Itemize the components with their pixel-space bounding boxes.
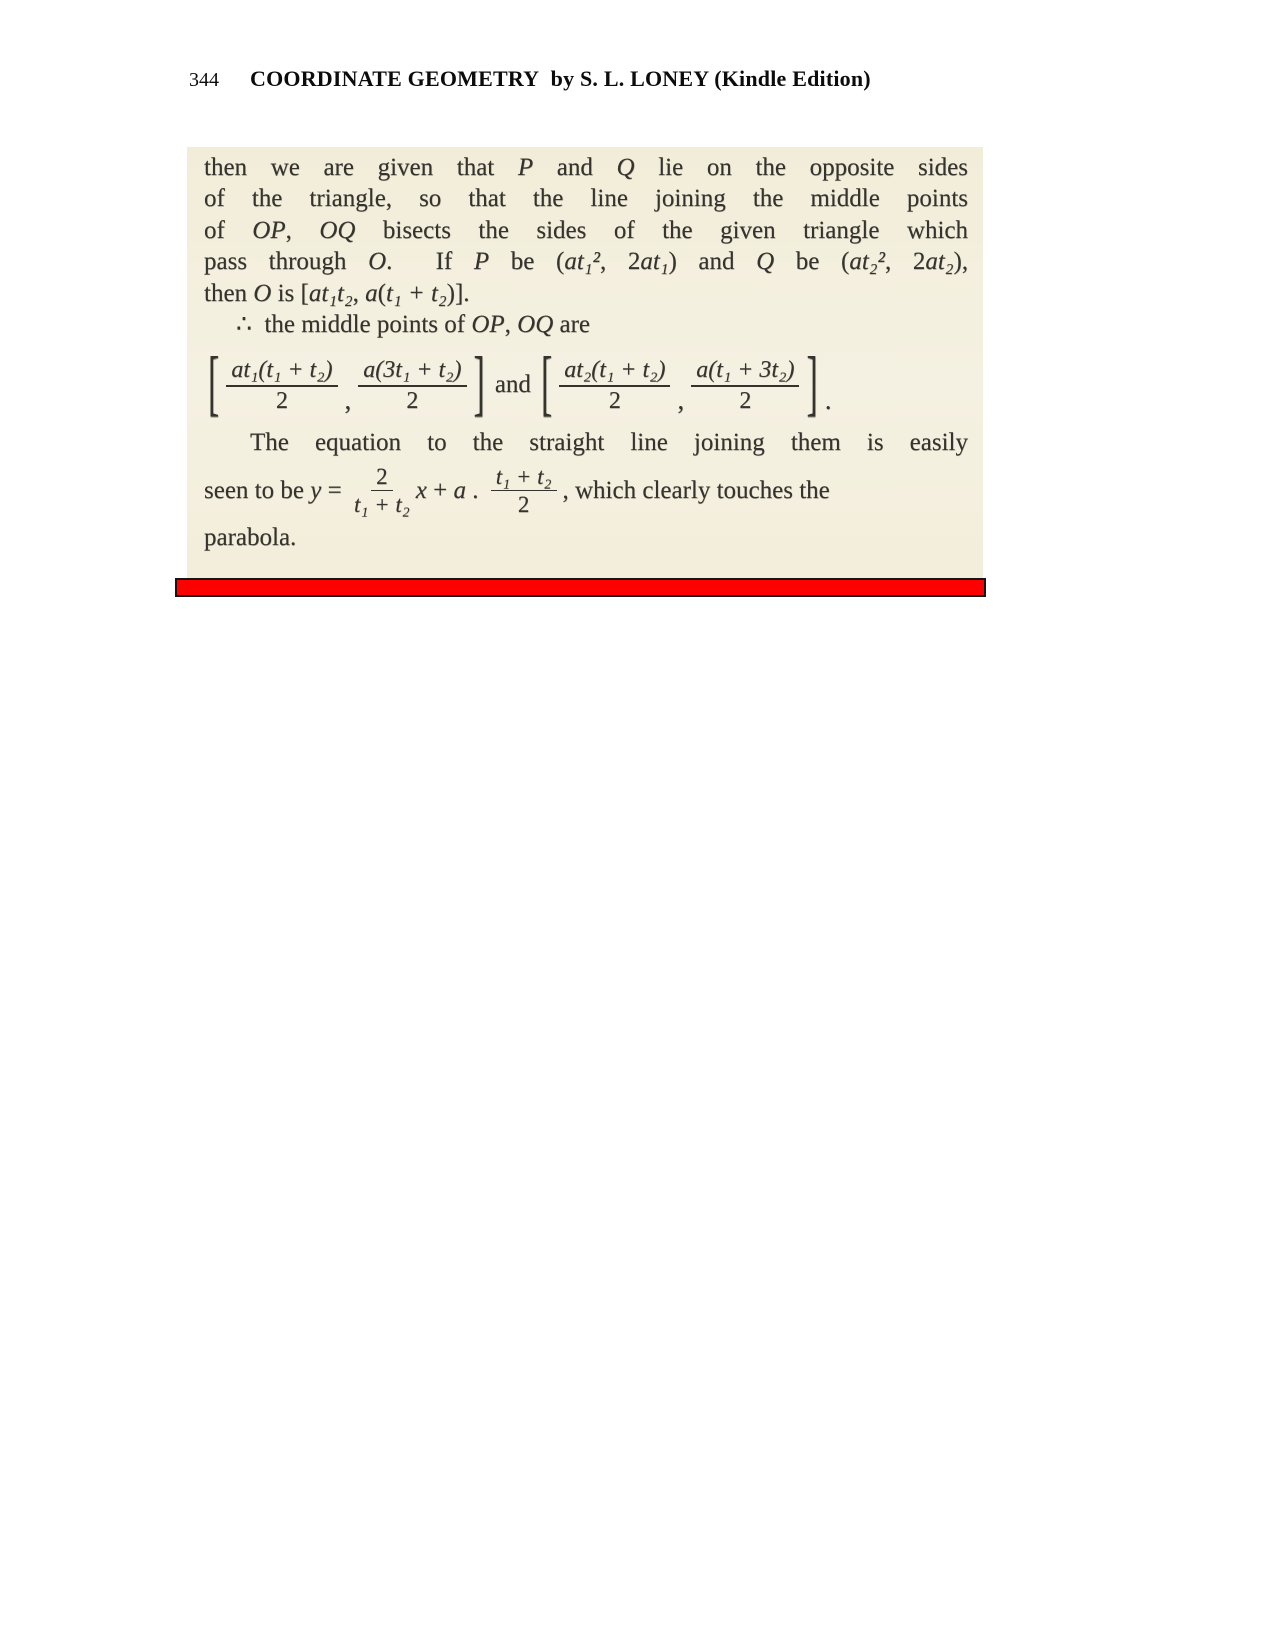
text-line-4: pass through O. If P be (at₁², 2at₁) and… — [204, 246, 968, 277]
right-bracket: ] — [474, 349, 485, 422]
scanned-book-page: then we are given that P and Q lie on th… — [187, 147, 983, 578]
book-title: COORDINATE GEOMETRY by S. L. LONEY (Kind… — [250, 66, 871, 92]
comma: , — [345, 385, 352, 416]
redaction-bar — [175, 578, 986, 597]
fraction-denominator: 2 — [609, 387, 621, 414]
parabola-line: parabola. — [204, 522, 968, 553]
right-bracket: ] — [806, 349, 817, 422]
fraction-denominator: 2 — [518, 491, 530, 517]
display-formula: [ at₁(t₁ + t₂) 2 , a(3t₁ + t₂) 2 ] and [… — [204, 343, 968, 427]
fraction-numerator: at₁(t₁ + t₂) — [226, 357, 337, 387]
fraction-denominator: 2 — [739, 387, 751, 414]
equation-mid-text: x + a . — [416, 477, 485, 505]
fraction-numerator: at₂(t₁ + t₂) — [559, 357, 670, 387]
therefore-line: ∴ the middle points of OP, OQ are — [204, 309, 968, 340]
left-bracket: [ — [541, 349, 552, 422]
left-bracket: [ — [208, 349, 219, 422]
equation-tail-text: , which clearly touches the — [563, 477, 830, 505]
fraction-numerator: a(3t₁ + t₂) — [358, 357, 466, 387]
text-line-3: of OP, OQ bisects the sides of the given… — [204, 215, 968, 246]
equation-intro-line: The equation to the straight line joinin… — [204, 427, 968, 458]
period: . — [825, 385, 832, 416]
fraction-numerator: 2 — [371, 464, 393, 491]
fraction-numerator: a(t₁ + 3t₂) — [691, 357, 799, 387]
fraction-g1-f2: a(3t₁ + t₂) 2 — [358, 357, 466, 414]
fraction-intercept: t₁ + t₂ 2 — [491, 464, 557, 517]
fraction-slope: 2 t₁ + t₂ — [354, 464, 410, 517]
fraction-g1-f1: at₁(t₁ + t₂) 2 — [226, 357, 337, 414]
comma: , — [677, 385, 684, 416]
inline-equation-line: seen to be y = 2 t₁ + t₂ x + a . t₁ + t₂… — [204, 460, 968, 522]
fraction-numerator: t₁ + t₂ — [491, 464, 557, 491]
fraction-g2-f2: a(t₁ + 3t₂) 2 — [691, 357, 799, 414]
page-header: 344 COORDINATE GEOMETRY by S. L. LONEY (… — [189, 66, 871, 92]
fraction-g2-f1: at₂(t₁ + t₂) 2 — [559, 357, 670, 414]
text-line-1: then we are given that P and Q lie on th… — [204, 152, 968, 183]
page-number: 344 — [189, 69, 219, 92]
equation-lead-text: seen to be y = — [204, 477, 348, 505]
and-connector: and — [492, 371, 534, 399]
fraction-denominator: t₁ + t₂ — [354, 491, 410, 517]
fraction-denominator: 2 — [406, 387, 418, 414]
fraction-denominator: 2 — [276, 387, 288, 414]
text-line-2: of the triangle, so that the line joinin… — [204, 183, 968, 214]
text-line-5: then O is [at₁t₂, a(t₁ + t₂)]. — [204, 278, 968, 309]
